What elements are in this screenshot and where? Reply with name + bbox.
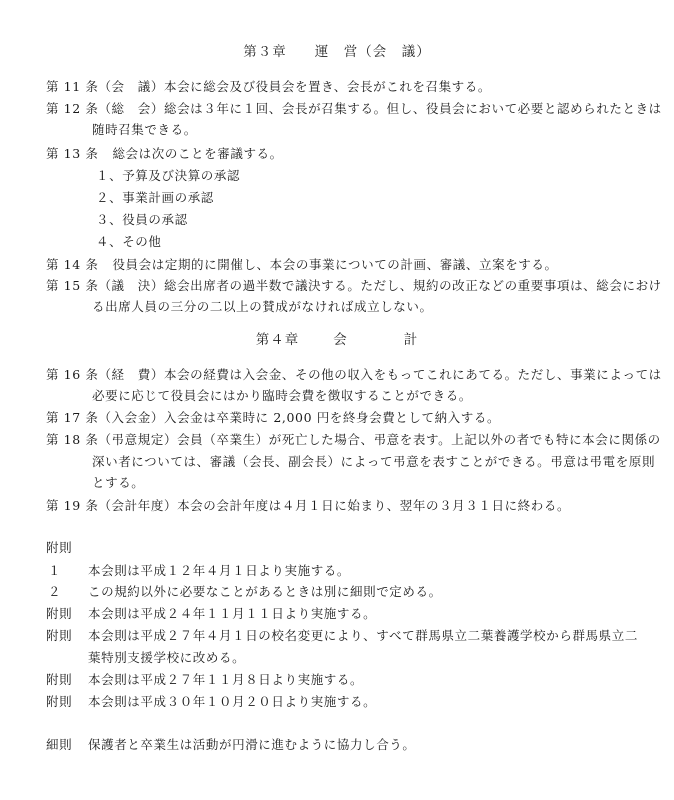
article-17: 第 17 条（入会金）入会金は卒業時に 2,000 円を終身会費として納入する。 [46,410,500,426]
list-item: １、予算及び決算の承認 [96,168,240,184]
article-heading: （経 費） [98,367,164,383]
list-item: ２、事業計画の承認 [96,190,214,206]
list-item: ４、その他 [96,234,162,250]
chapter-3-name: 運 営（会 議） [315,44,431,60]
article-11: 第 11 条（会 議）本会に総会及び役員会を置き、会長がこれを召集する。 [46,79,491,95]
article-number: 第 15 条 [46,278,98,294]
article-text: 会員（卒業生）が死亡した場合、弔意を表す。上記以外の者でも特に本会に関係の [177,432,661,447]
article-16: 第 16 条（経 費）本会の経費は入会金、その他の収入をもってこれにあてる。ただ… [46,367,662,383]
supplementary-text: 本会則は平成２４年１１月１１日より実施する。 [88,606,376,622]
article-18-continuation: とする。 [92,475,144,491]
article-number: 第 12 条 [46,101,98,117]
supplementary-text: 本会則は平成１２年４月１日より実施する。 [88,563,350,579]
supplementary-text-continuation: 葉特別支援学校に改める。 [88,650,245,666]
article-15-continuation: る出席人員の三分の二以上の賛成がなければ成立しない。 [92,299,433,315]
article-heading: （議 決） [98,278,164,294]
supplementary-label: 附則 [46,606,72,622]
article-number: 第 19 条 [46,498,98,514]
article-heading: （入会金） [98,410,164,426]
article-heading: （会 議） [98,79,164,95]
chapter-4-name-b: 計 [404,332,419,348]
article-text: 本会の会計年度は４月１日に始まり、翌年の３月３１日に終わる。 [177,498,570,513]
article-12-continuation: 随時召集できる。 [92,122,197,138]
supplementary-title: 附則 [46,540,72,556]
article-heading: （総 会） [98,101,164,117]
article-text: 本会の経費は入会金、その他の収入をもってこれにあてる。ただし、事業によっては [164,367,662,382]
bylaw-text: 保護者と卒業生は活動が円滑に進むように協力し合う。 [88,737,416,753]
article-text: 入会金は卒業時に 2,000 円を終身会費として納入する。 [164,410,500,425]
article-15: 第 15 条（議 決）総会出席者の過半数で議決する。ただし、規約の改正などの重要… [46,278,662,294]
list-item: ３、役員の承認 [96,212,188,228]
supplementary-text: 本会則は平成２７年１１月８日より実施する。 [88,672,363,688]
supplementary-text: 本会則は平成３０年１０月２０日より実施する。 [88,694,376,710]
article-14: 第 14 条役員会は定期的に開催し、本会の事業についての計画、審議、立案をする。 [46,257,558,273]
article-number: 第 17 条 [46,410,98,426]
chapter-4-name-a: 会 [333,332,348,348]
chapter-4-number: 第４章 [256,332,300,348]
article-number: 第 18 条 [46,432,98,448]
article-text: 総会出席者の過半数で議決する。ただし、規約の改正などの重要事項は、総会におけ [164,278,662,293]
article-13: 第 13 条総会は次のことを審議する。 [46,146,283,162]
chapter-3-title: 第３章運 営（会 議） [0,43,674,61]
article-text: 本会に総会及び役員会を置き、会長がこれを召集する。 [164,79,491,94]
article-16-continuation: 必要に応じて役員会にはかり臨時会費を徴収することができる。 [92,388,472,404]
bylaw-label: 細則 [46,737,72,753]
supplementary-label: １ [48,563,61,579]
supplementary-text: この規約以外に必要なことがあるときは別に細則で定める。 [88,584,442,600]
chapter-4-title: 第４章会計 [0,331,674,349]
article-heading: （弔意規定） [98,432,177,448]
supplementary-text: 本会則は平成２７年４月１日の校名変更により、すべて群馬県立二葉養護学校から群馬県… [88,628,638,644]
supplementary-label: 附則 [46,628,72,644]
supplementary-label: 附則 [46,694,72,710]
article-number: 第 11 条 [46,79,98,95]
article-number: 第 16 条 [46,367,98,383]
supplementary-label: 附則 [46,672,72,688]
article-19: 第 19 条（会計年度）本会の会計年度は４月１日に始まり、翌年の３月３１日に終わ… [46,498,570,514]
article-number: 第 13 条 [46,146,98,162]
article-text: 総会は次のことを審議する。 [112,146,282,161]
article-12: 第 12 条（総 会）総会は３年に１回、会長が召集する。但し、役員会において必要… [46,101,662,117]
article-18-continuation: 深い者については、審議（会長、副会長）によって弔意を表すことができる。弔意は弔電… [92,454,655,470]
chapter-3-number: 第３章 [243,44,287,60]
article-heading: （会計年度） [98,498,177,514]
supplementary-label: ２ [48,584,61,600]
article-number: 第 14 条 [46,257,98,273]
article-text: 総会は３年に１回、会長が召集する。但し、役員会において必要と認められたときは [164,101,662,116]
article-text: 役員会は定期的に開催し、本会の事業についての計画、審議、立案をする。 [112,257,557,272]
article-18: 第 18 条（弔意規定）会員（卒業生）が死亡した場合、弔意を表す。上記以外の者で… [46,432,661,448]
